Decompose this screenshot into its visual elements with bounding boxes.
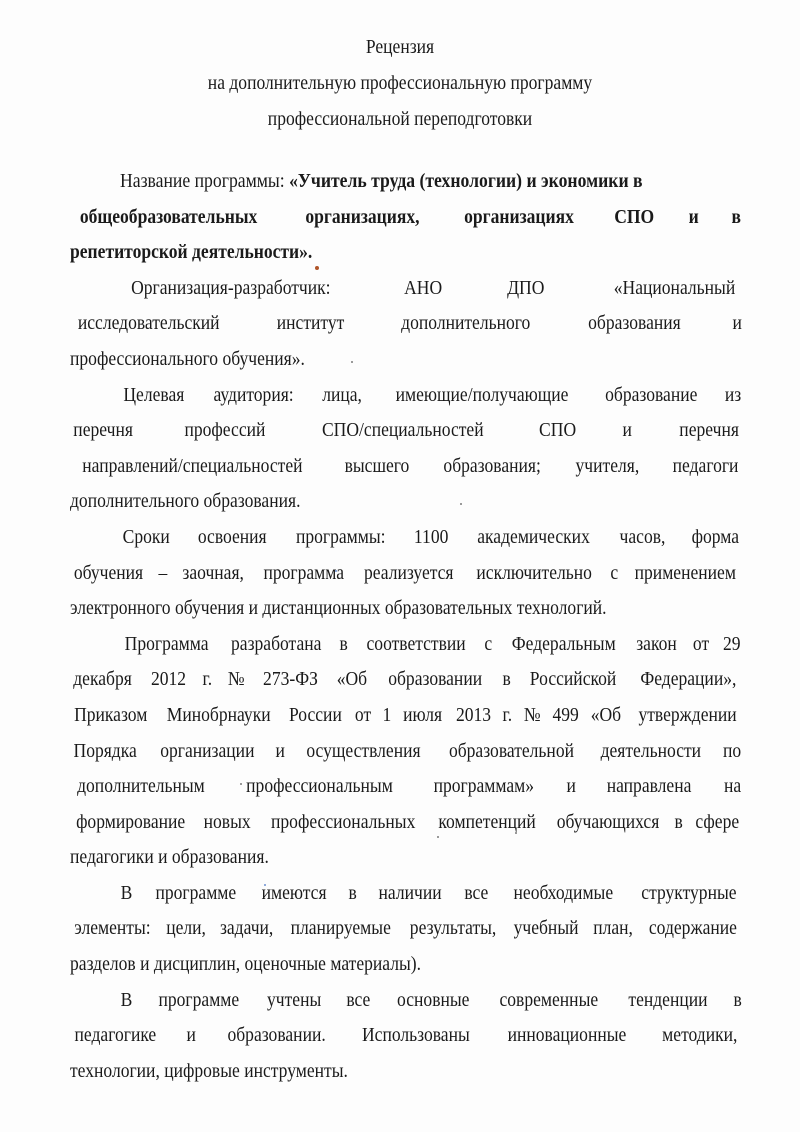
word: программе	[158, 983, 239, 1019]
document-subtitle-line-1: на дополнительную профессиональную прогр…	[40, 66, 760, 102]
word: Федеральным	[511, 627, 615, 663]
word: новых	[204, 805, 251, 841]
line-text: электронного обучения и дистанционных об…	[70, 591, 607, 627]
word: имеющие/получающие	[396, 378, 569, 414]
word: основные	[397, 983, 469, 1019]
word: в	[732, 200, 741, 236]
word: необходимые	[513, 876, 613, 912]
word: с	[610, 556, 618, 592]
paragraph-legal-basis: ПрограммаразработанавсоответствиисФедера…	[70, 627, 742, 876]
word: содержание	[649, 911, 737, 947]
text-line: Организация-разработчик:АНОДПО«Националь…	[70, 271, 742, 307]
text-line: разделов и дисциплин, оценочные материал…	[70, 947, 742, 983]
word: В	[121, 876, 133, 912]
word: в	[340, 627, 348, 663]
word: 1	[382, 698, 391, 734]
word: образовании	[388, 662, 482, 698]
text-line: декабря2012г.№273-ФЗ«ОбобразованиивРосси…	[70, 662, 742, 698]
word: сфере	[696, 805, 740, 841]
text-line: дополнительнымпрофессиональнымпрограммам…	[70, 769, 742, 805]
text-line: Впрограммеучтенывсеосновныесовременныете…	[70, 983, 742, 1019]
scan-speck	[515, 832, 517, 834]
text-line: педагогики и образования.	[70, 840, 742, 876]
text-line: дополнительного образования.	[70, 484, 742, 520]
text-line: педагогикеиобразовании.Использованыиннов…	[70, 1018, 742, 1054]
word: 1100	[414, 520, 448, 556]
word: программам»	[433, 769, 533, 805]
word: АНО	[404, 271, 442, 307]
text-line: общеобразовательныхорганизациях,организа…	[70, 200, 742, 236]
word: учебный	[514, 911, 579, 947]
word: компетенций	[438, 805, 535, 841]
word: методики,	[663, 1018, 738, 1054]
word: учителя,	[576, 449, 640, 485]
word: 29	[723, 627, 741, 663]
word: июля	[403, 698, 442, 734]
word: учтены	[267, 983, 321, 1019]
word: Программа	[125, 627, 209, 663]
word: высшего	[344, 449, 409, 485]
paragraph-trends: Впрограммеучтенывсеосновныесовременныете…	[70, 983, 742, 1090]
word: и	[275, 734, 284, 770]
paragraph-target-audience: Целеваяаудитория:лица,имеющие/получающие…	[70, 378, 742, 520]
word: по	[723, 734, 741, 770]
text-line: исследовательскийинститутдополнительного…	[70, 306, 742, 342]
word: организациях,	[305, 200, 419, 236]
paragraph-duration: Срокиосвоенияпрограммы:1100академических…	[70, 520, 742, 627]
word: направлена	[607, 769, 692, 805]
word: освоения	[197, 520, 266, 556]
word: Российской	[530, 662, 616, 698]
scan-speck	[264, 884, 266, 886]
text-line: направлений/специальностейвысшегообразов…	[70, 449, 742, 485]
word: ДПО	[507, 271, 544, 307]
word: от	[693, 627, 709, 663]
word: программы:	[296, 520, 386, 556]
document-body: Название программы: «Учитель труда (техн…	[70, 164, 742, 1089]
word: наличии	[379, 876, 442, 912]
document-subtitle-line-2: профессиональной переподготовки	[40, 102, 760, 138]
word: общеобразовательных	[80, 200, 257, 236]
word: задачи,	[220, 911, 273, 947]
program-name-label: Название программы:	[120, 171, 289, 192]
word: и	[622, 413, 631, 449]
word: декабря	[73, 662, 132, 698]
word: г.	[503, 698, 513, 734]
word: заочная,	[182, 556, 244, 592]
word: профессиональным	[246, 769, 393, 805]
word: тенденции	[628, 983, 707, 1019]
text-line: обучения–заочная,программареализуетсяиск…	[70, 556, 742, 592]
word: аудитория:	[214, 378, 294, 414]
text-line: Название программы: «Учитель труда (техн…	[70, 164, 742, 200]
text-line: Срокиосвоенияпрограммы:1100академических…	[70, 520, 742, 556]
paragraph-developer-organization: Организация-разработчик:АНОДПО«Националь…	[70, 271, 742, 378]
word: академических	[477, 520, 590, 556]
word: образование	[605, 378, 697, 414]
line-text: дополнительного образования.	[70, 484, 300, 520]
word: структурные	[641, 876, 736, 912]
word: часов,	[620, 520, 666, 556]
document-header: Рецензия на дополнительную профессиональ…	[0, 30, 800, 138]
word: г.	[203, 662, 213, 698]
scan-speck	[351, 361, 353, 363]
word: 2013	[456, 698, 491, 734]
word: Использованы	[362, 1018, 470, 1054]
document-page: Рецензия на дополнительную профессиональ…	[0, 0, 800, 1132]
word: цели,	[166, 911, 206, 947]
text-line: Целеваяаудитория:лица,имеющие/получающие…	[70, 378, 742, 414]
word: организации	[160, 734, 254, 770]
text-line: элементы:цели,задачи,планируемыерезульта…	[70, 911, 742, 947]
line-text: профессионального обучения».	[70, 342, 305, 378]
word: закон	[636, 627, 677, 663]
word: Приказом	[74, 698, 147, 734]
scan-speck	[315, 266, 319, 270]
word: Организация-разработчик:	[131, 271, 330, 307]
word: от	[355, 698, 371, 734]
word: Сроки	[123, 520, 170, 556]
word: формирование	[76, 805, 185, 841]
word: в	[733, 983, 741, 1019]
word: направлений/специальностей	[82, 449, 302, 485]
word: №	[228, 662, 245, 698]
word: и	[689, 200, 699, 236]
paragraph-program-name: Название программы: «Учитель труда (техн…	[70, 164, 742, 271]
word: реализуется	[364, 556, 454, 592]
word: СПО/специальностей	[322, 413, 484, 449]
scan-speck	[460, 503, 462, 505]
word: Целевая	[123, 378, 184, 414]
word: СПО	[539, 413, 576, 449]
word: образования;	[444, 449, 541, 485]
word: исследовательский	[78, 306, 220, 342]
word: «Национальный	[614, 271, 735, 307]
word: 499	[552, 698, 578, 734]
word: обучения	[74, 556, 143, 592]
word: план,	[593, 911, 633, 947]
text-line: ПриказомМинобрнаукиРоссииот1июля2013г.№4…	[70, 698, 742, 734]
word: в	[675, 805, 683, 841]
word: результаты,	[410, 911, 497, 947]
word: элементы:	[74, 911, 150, 947]
word: В	[121, 983, 133, 1019]
word: в	[349, 876, 357, 912]
word: 2012	[151, 662, 186, 698]
text-line: Порядкаорганизациииосуществленияобразова…	[70, 734, 742, 770]
word: форма	[692, 520, 739, 556]
word: «Об	[591, 698, 621, 734]
text-line: перечняпрофессийСПО/специальностейСПОипе…	[70, 413, 742, 449]
word: все	[464, 876, 488, 912]
word: и	[187, 1018, 196, 1054]
word: №	[523, 698, 540, 734]
word: СПО	[614, 200, 654, 236]
line-text: разделов и дисциплин, оценочные материал…	[70, 947, 421, 983]
text-line: электронного обучения и дистанционных об…	[70, 591, 742, 627]
word: соответствии	[367, 627, 466, 663]
word: дополнительного	[401, 306, 530, 342]
word: все	[346, 983, 370, 1019]
word: применением	[635, 556, 736, 592]
word: педагоги	[673, 449, 739, 485]
program-name-value: «Учитель труда (технологии) и экономики …	[289, 171, 642, 192]
word: исключительно	[476, 556, 592, 592]
line-text: технологии, цифровые инструменты.	[70, 1054, 348, 1090]
word: разработана	[231, 627, 321, 663]
word: осуществления	[306, 734, 420, 770]
word: перечня	[679, 413, 739, 449]
word: образовательной	[449, 734, 574, 770]
word: профессиональных	[271, 805, 415, 841]
text-line: ПрограммаразработанавсоответствиисФедера…	[70, 627, 742, 663]
word: обучающихся	[556, 805, 659, 841]
word: Федерации»,	[641, 662, 737, 698]
word: организациях	[464, 200, 574, 236]
word: утверждении	[638, 698, 736, 734]
word: современные	[499, 983, 598, 1019]
line-text: педагогики и образования.	[70, 840, 269, 876]
word: лица,	[322, 378, 362, 414]
word: Порядка	[74, 734, 137, 770]
text-line: Впрограммеимеютсявналичиивсенеобходимыес…	[70, 876, 742, 912]
word: с	[485, 627, 493, 663]
word: профессий	[184, 413, 265, 449]
text-line: репетиторской деятельности».	[70, 235, 742, 271]
word: и	[566, 769, 575, 805]
word: имеются	[262, 876, 327, 912]
word: программе	[155, 876, 236, 912]
scan-speck	[437, 836, 439, 838]
word: и	[732, 306, 741, 342]
paragraph-structure: Впрограммеимеютсявналичиивсенеобходимыес…	[70, 876, 742, 983]
word: в	[502, 662, 510, 698]
scan-speck	[335, 570, 337, 572]
word: деятельности	[601, 734, 701, 770]
word: инновационные	[508, 1018, 627, 1054]
word: –	[159, 556, 168, 592]
word: образования	[588, 306, 681, 342]
scan-speck	[240, 783, 242, 785]
word: 273-ФЗ	[263, 662, 318, 698]
word: России	[289, 698, 342, 734]
word: планируемые	[290, 911, 390, 947]
word: образовании.	[227, 1018, 325, 1054]
text-line: технологии, цифровые инструменты.	[70, 1054, 742, 1090]
word: перечня	[73, 413, 133, 449]
word: педагогике	[75, 1018, 157, 1054]
text-line: профессионального обучения».	[70, 342, 742, 378]
word: из	[725, 378, 741, 414]
word: на	[724, 769, 741, 805]
text-line: формированиеновыхпрофессиональныхкомпете…	[70, 805, 742, 841]
word: Минобрнауки	[167, 698, 271, 734]
word: институт	[277, 306, 345, 342]
word: дополнительным	[77, 769, 205, 805]
word: программа	[263, 556, 344, 592]
document-title: Рецензия	[40, 30, 760, 66]
word: «Об	[337, 662, 367, 698]
